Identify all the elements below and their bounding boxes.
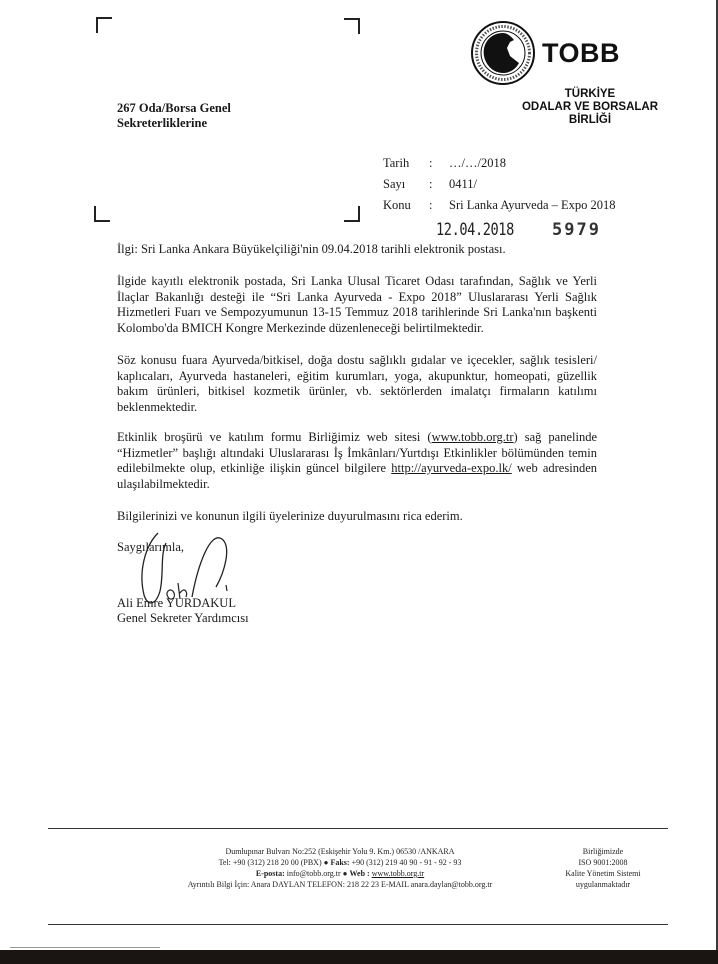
tobb-website-link[interactable]: www.tobb.org.tr	[432, 430, 514, 444]
org-name-line: TÜRKİYE	[500, 88, 680, 101]
meta-subject-row: Konu : Sri Lanka Ayurveda – Expo 2018	[383, 195, 616, 216]
meta-subject-value: Sri Lanka Ayurveda – Expo 2018	[449, 195, 616, 216]
iso-line: uygulanmaktadır	[553, 879, 653, 890]
footer-divider	[48, 924, 668, 925]
signer-block: Ali Emre YURDAKUL Genel Sekreter Yardımc…	[117, 596, 249, 626]
web-label: Web :	[349, 869, 369, 878]
meta-number-row: Sayı : 0411/	[383, 174, 616, 195]
meta-colon: :	[429, 153, 449, 174]
tel-label: Tel:	[219, 858, 231, 867]
org-name-line: BİRLİĞİ	[500, 114, 680, 127]
meta-colon: :	[429, 195, 449, 216]
body-paragraph: Söz konusu fuara Ayurveda/bitkisel, doğa…	[117, 353, 597, 415]
email-label: E-posta:	[256, 869, 285, 878]
recipient-block: 267 Oda/Borsa Genel Sekreterliklerine	[117, 101, 231, 131]
footer-contact: Dumlupınar Bulvarı No:252 (Eskişehir Yol…	[160, 846, 520, 890]
meta-label: Tarih	[383, 153, 429, 174]
iso-notice: Birliğimizde ISO 9001:2008 Kalite Yöneti…	[553, 846, 653, 890]
footer-web-link[interactable]: www.tobb.org.tr	[372, 869, 424, 878]
brand-wordmark: TOBB	[542, 38, 620, 69]
footer-email[interactable]: info@tobb.org.tr	[287, 869, 341, 878]
reference-line: İlgi: Sri Lanka Ankara Büyükelçiliği'nin…	[117, 242, 597, 258]
meta-date-row: Tarih : …/…/2018	[383, 153, 616, 174]
footer-email-line: E-posta: info@tobb.org.tr ● Web : www.to…	[160, 868, 520, 879]
body-paragraph: İlgide kayıtlı elektronik postada, Sri L…	[117, 274, 597, 336]
footer-fax: +90 (312) 219 40 90 - 91 - 92 - 93	[352, 858, 462, 867]
iso-line: ISO 9001:2008	[553, 857, 653, 868]
received-number-stamp: 5979	[552, 220, 601, 240]
tobb-seal-icon	[470, 20, 536, 86]
iso-line: Kalite Yönetim Sistemi	[553, 868, 653, 879]
ayurveda-expo-link[interactable]: http://ayurveda-expo.lk/	[391, 461, 511, 475]
recipient-line: 267 Oda/Borsa Genel	[117, 101, 231, 116]
meta-label: Konu	[383, 195, 429, 216]
address-window-corner	[344, 18, 360, 34]
received-date-stamp: 12.04.2018	[436, 220, 514, 240]
signer-title: Genel Sekreter Yardımcısı	[117, 611, 249, 626]
meta-number-value: 0411/	[449, 174, 477, 195]
footer-divider	[48, 828, 668, 829]
org-name-line: ODALAR VE BORSALAR	[500, 101, 680, 114]
text-fragment: Etkinlik broşürü ve katılım formu Birliğ…	[117, 430, 432, 444]
body-paragraph: Bilgilerinizi ve konunun ilgili üyelerin…	[117, 509, 597, 525]
meta-date-value: …/…/2018	[449, 153, 506, 174]
footer-phone-line: Tel: +90 (312) 218 20 00 (PBX) ● Faks: +…	[160, 857, 520, 868]
iso-line: Birliğimizde	[553, 846, 653, 857]
letter-meta: Tarih : …/…/2018 Sayı : 0411/ Konu : Sri…	[383, 153, 616, 216]
address-window-corner	[344, 206, 360, 222]
recipient-line: Sekreterliklerine	[117, 116, 231, 131]
body-paragraph: Etkinlik broşürü ve katılım formu Birliğ…	[117, 430, 597, 492]
address-window-corner	[96, 17, 112, 33]
signer-name: Ali Emre YURDAKUL	[117, 596, 249, 611]
meta-label: Sayı	[383, 174, 429, 195]
meta-colon: :	[429, 174, 449, 195]
scan-artifact-line	[10, 947, 160, 948]
address-window-corner	[94, 206, 110, 222]
footer-contact-person: Ayrıntılı Bilgi İçin: Anara DAYLAN TELEF…	[160, 879, 520, 890]
letterhead-logo: TOBB TÜRKİYE ODALAR VE BORSALAR BİRLİĞİ	[470, 20, 700, 130]
footer-address: Dumlupınar Bulvarı No:252 (Eskişehir Yol…	[160, 846, 520, 857]
org-name: TÜRKİYE ODALAR VE BORSALAR BİRLİĞİ	[500, 88, 680, 127]
footer-tel: +90 (312) 218 20 00 (PBX)	[233, 858, 322, 867]
fax-label: Faks:	[330, 858, 349, 867]
letter-page: 267 Oda/Borsa Genel Sekreterliklerine TO…	[0, 0, 718, 950]
